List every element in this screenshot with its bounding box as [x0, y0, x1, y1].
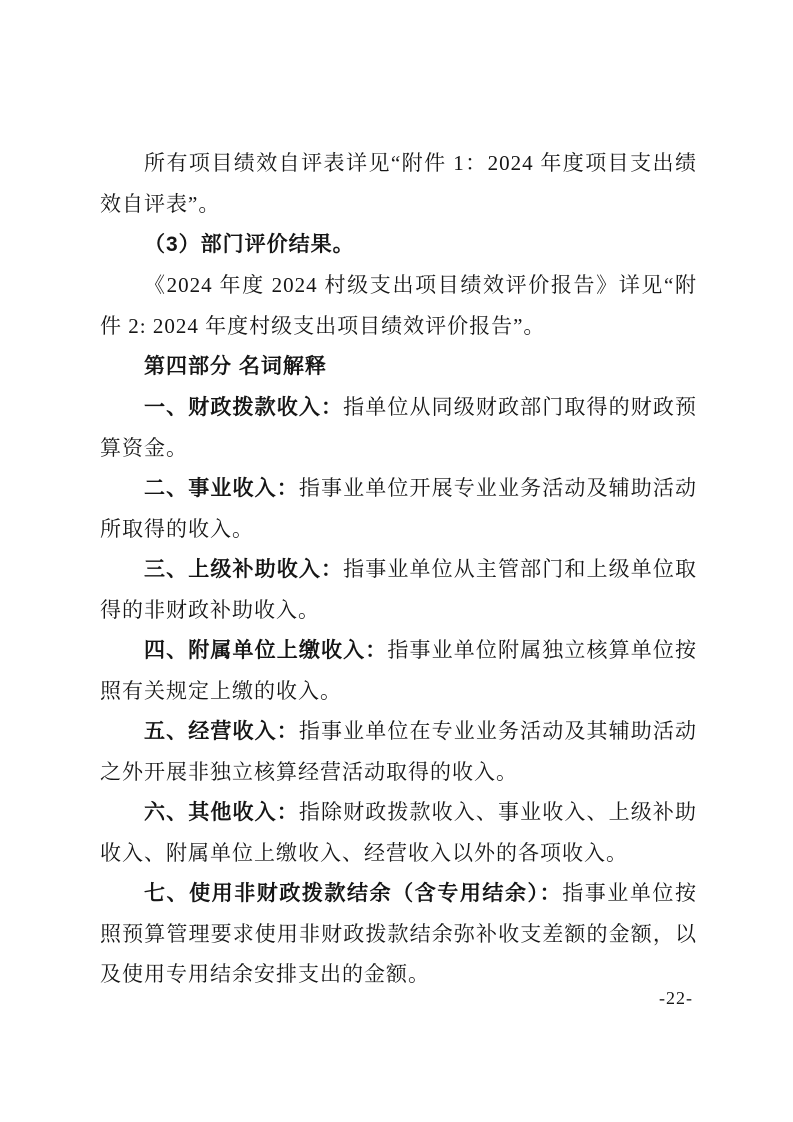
term-other-income: 六、其他收入：指除财政拨款收入、事业收入、上级补助收入、附属单位上缴收入、经营收…: [100, 792, 697, 873]
term-affiliated-unit-income: 四、附属单位上缴收入：指事业单位附属独立核算单位按照有关规定上缴的收入。: [100, 630, 697, 711]
document-page: 所有项目绩效自评表详见“附件 1：2024 年度项目支出绩效自评表”。 （3）部…: [0, 0, 793, 1122]
heading-part4-glossary: 第四部分 名词解释: [100, 346, 697, 387]
term-label: 四、附属单位上缴收入：: [144, 639, 387, 662]
page-number: -22-: [659, 988, 693, 1009]
paragraph-lead: 第四部分 名词解释: [144, 355, 327, 378]
document-body: 所有项目绩效自评表详见“附件 1：2024 年度项目支出绩效自评表”。 （3）部…: [100, 143, 697, 994]
term-label: 七、使用非财政拨款结余（含专用结余）：: [144, 882, 562, 905]
term-operating-income: 五、经营收入：指事业单位在专业业务活动及其辅助活动之外开展非独立核算经营活动取得…: [100, 711, 697, 792]
term-label: 一、财政拨款收入：: [144, 396, 343, 419]
term-business-income: 二、事业收入：指事业单位开展专业业务活动及辅助活动所取得的收入。: [100, 468, 697, 549]
paragraph-text: 《2024 年度 2024 村级支出项目绩效评价报告》详见“附件 2: 2024…: [100, 273, 697, 338]
heading-department-evaluation-result: （3）部门评价结果。: [100, 224, 697, 265]
paragraph-text: 所有项目绩效自评表详见“附件 1：2024 年度项目支出绩效自评表”。: [100, 151, 697, 216]
paragraph-attachment2: 《2024 年度 2024 村级支出项目绩效评价报告》详见“附件 2: 2024…: [100, 265, 697, 346]
term-label: 三、上级补助收入：: [144, 558, 343, 581]
paragraph-lead: （3）部门评价结果。: [144, 233, 355, 256]
term-superior-subsidy-income: 三、上级补助收入：指事业单位从主管部门和上级单位取得的非财政补助收入。: [100, 549, 697, 630]
term-non-fiscal-balance: 七、使用非财政拨款结余（含专用结余）：指事业单位按照预算管理要求使用非财政拨款结…: [100, 873, 697, 994]
term-label: 六、其他收入：: [144, 801, 299, 824]
term-label: 五、经营收入：: [144, 720, 299, 743]
paragraph-attachment1: 所有项目绩效自评表详见“附件 1：2024 年度项目支出绩效自评表”。: [100, 143, 697, 224]
term-fiscal-appropriation-income: 一、财政拨款收入：指单位从同级财政部门取得的财政预算资金。: [100, 387, 697, 468]
term-label: 二、事业收入：: [144, 477, 299, 500]
